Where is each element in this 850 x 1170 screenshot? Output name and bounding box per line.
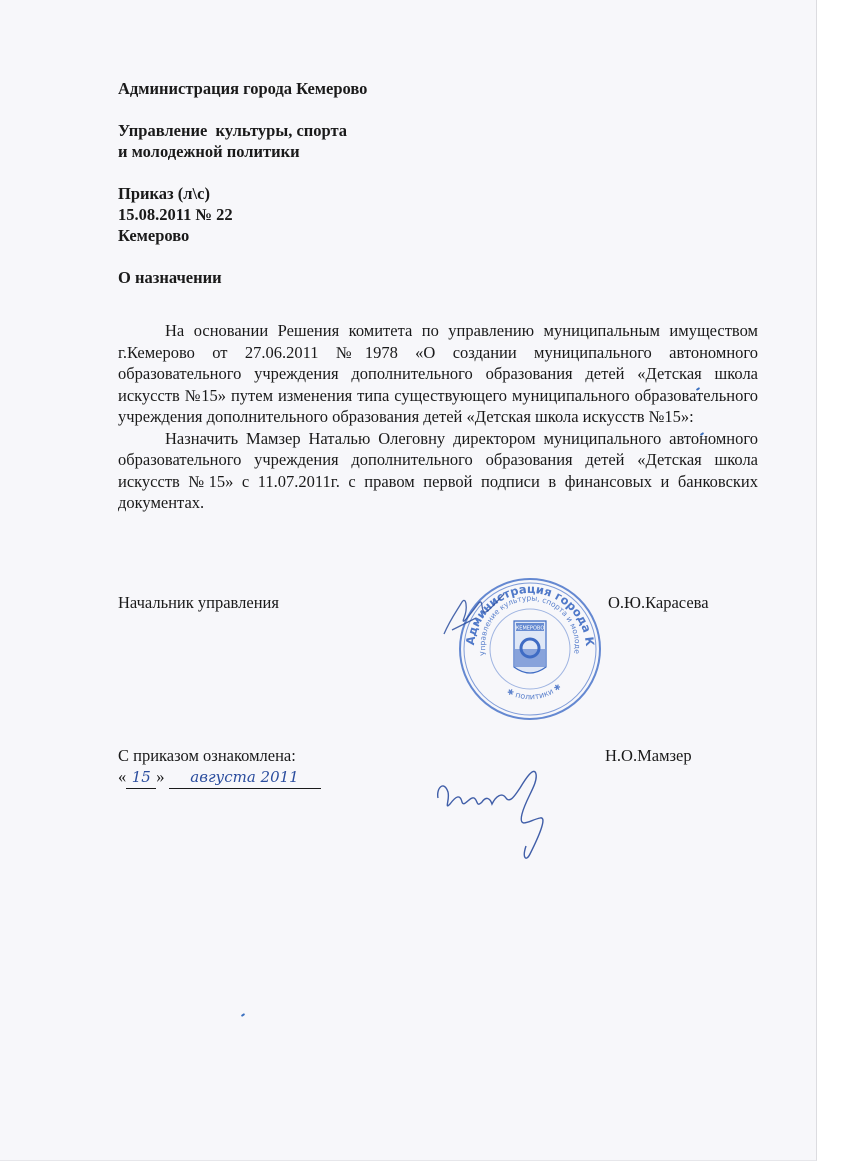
signer-position: Начальник управления: [118, 592, 279, 613]
organization-name: Администрация города Кемерово: [118, 78, 367, 99]
department-name-line1: Управление культуры, спорта: [118, 120, 367, 141]
document-body: На основании Решения комитета по управле…: [118, 320, 758, 514]
document-page: Администрация города Кемерово Управление…: [0, 0, 817, 1161]
close-quote: »: [156, 767, 164, 786]
appointment-paragraph: Назначить Мамзер Наталью Олеговну директ…: [118, 428, 758, 514]
signer-name: О.Ю.Карасева: [608, 592, 709, 613]
handwritten-day: 15: [126, 767, 156, 789]
acknowledgement-date: «15»августа 2011: [118, 766, 321, 789]
appointee-signature-icon: [430, 758, 570, 868]
document-date-number: 15.08.2011 № 22: [118, 204, 367, 225]
head-signature-icon: [438, 582, 528, 642]
open-quote: «: [118, 767, 126, 786]
department-name-line2: и молодежной политики: [118, 141, 367, 162]
document-city: Кемерово: [118, 225, 367, 246]
handwritten-month-year: августа 2011: [169, 767, 321, 789]
document-type: Приказ (л\с): [118, 183, 367, 204]
svg-text:✱ политики ✱: ✱ политики ✱: [506, 682, 563, 702]
document-header: Администрация города Кемерово Управление…: [118, 78, 367, 288]
acknowledgement-label: С приказом ознакомлена:: [118, 745, 296, 766]
acknowledged-name: Н.О.Мамзер: [605, 745, 692, 766]
document-subject: О назначении: [118, 267, 367, 288]
ink-mark: [241, 1013, 245, 1017]
basis-paragraph: На основании Решения комитета по управле…: [118, 320, 758, 428]
